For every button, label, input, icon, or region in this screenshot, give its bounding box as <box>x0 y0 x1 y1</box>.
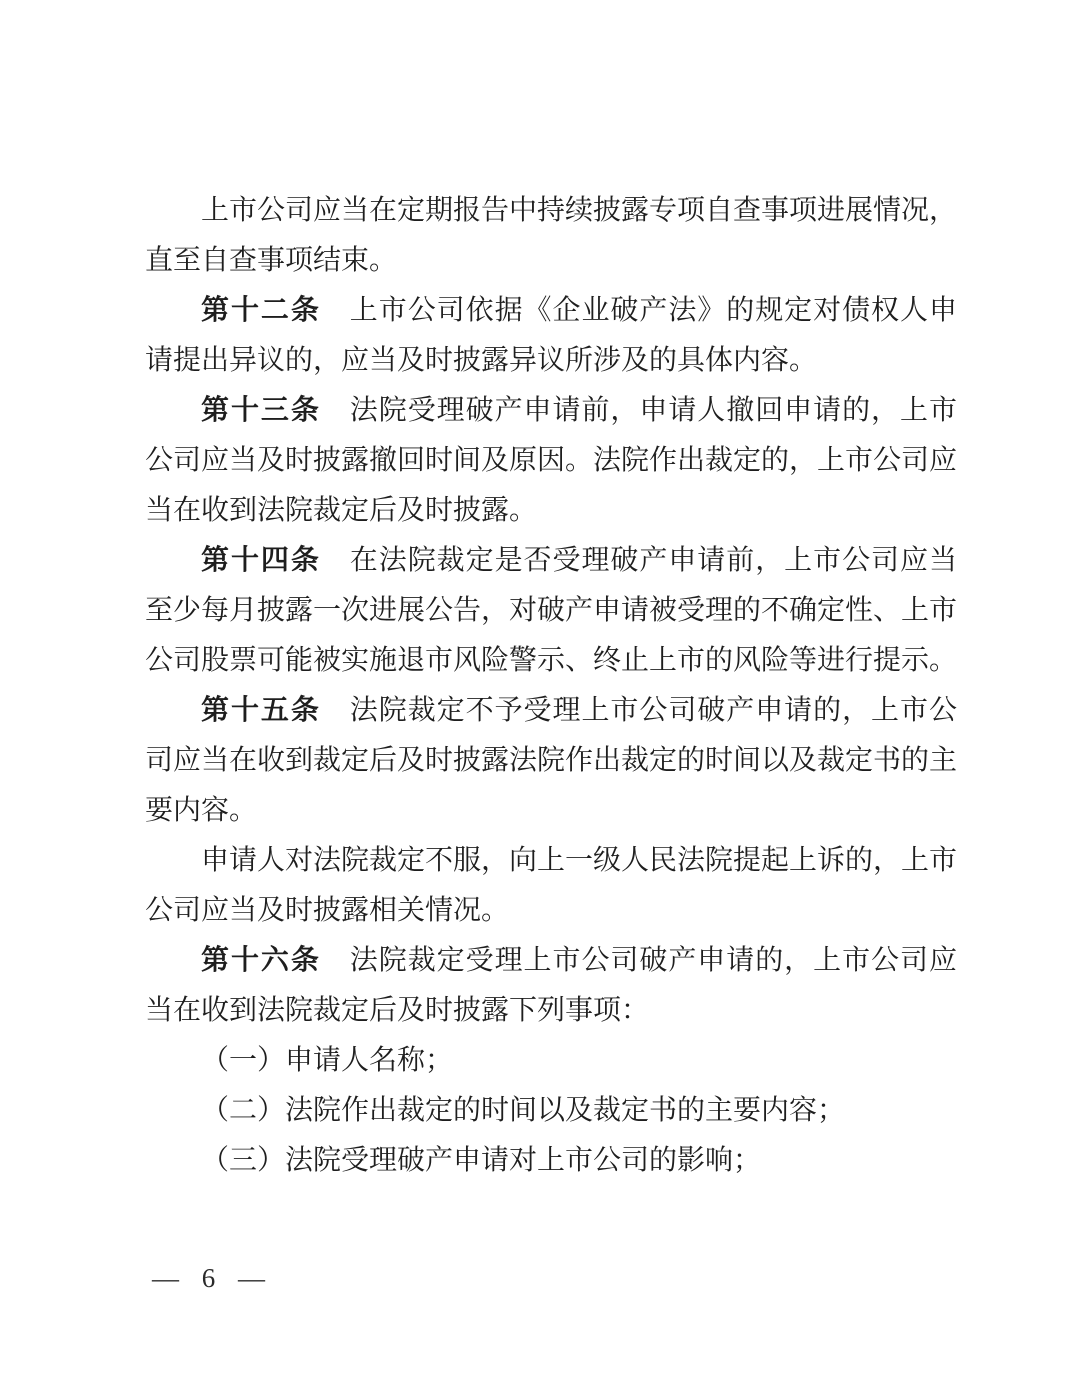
article-number: 第十五条 <box>201 695 321 726</box>
body-paragraph: （一）申请人名称； <box>145 1036 957 1086</box>
article-paragraph: 第十三条 法院受理破产申请前，申请人撤回申请的，上市公司应当及时披露撤回时间及原… <box>145 386 957 536</box>
article-number: 第十三条 <box>201 395 321 426</box>
article-paragraph: 第十四条 在法院裁定是否受理破产申请前，上市公司应当至少每月披露一次进展公告，对… <box>145 536 957 686</box>
document-body: 上市公司应当在定期报告中持续披露专项自查事项进展情况，直至自查事项结束。第十二条… <box>145 186 957 1186</box>
article-paragraph: 第十五条 法院裁定不予受理上市公司破产申请的，上市公司应当在收到裁定后及时披露法… <box>145 686 957 836</box>
article-paragraph: 第十六条 法院裁定受理上市公司破产申请的，上市公司应当在收到法院裁定后及时披露下… <box>145 936 957 1036</box>
body-paragraph: 上市公司应当在定期报告中持续披露专项自查事项进展情况，直至自查事项结束。 <box>145 186 957 286</box>
article-paragraph: 第十二条 上市公司依据《企业破产法》的规定对债权人申请提出异议的，应当及时披露异… <box>145 286 957 386</box>
body-paragraph: 申请人对法院裁定不服，向上一级人民法院提起上诉的，上市公司应当及时披露相关情况。 <box>145 836 957 936</box>
article-number: 第十六条 <box>201 945 321 976</box>
document-page: 上市公司应当在定期报告中持续披露专项自查事项进展情况，直至自查事项结束。第十二条… <box>0 0 1080 1398</box>
article-number: 第十四条 <box>201 545 321 576</box>
body-paragraph: （三）法院受理破产申请对上市公司的影响； <box>145 1136 957 1186</box>
article-number: 第十二条 <box>201 295 321 326</box>
body-paragraph: （二）法院作出裁定的时间以及裁定书的主要内容； <box>145 1086 957 1136</box>
page-number: — 6 — <box>152 1263 268 1294</box>
